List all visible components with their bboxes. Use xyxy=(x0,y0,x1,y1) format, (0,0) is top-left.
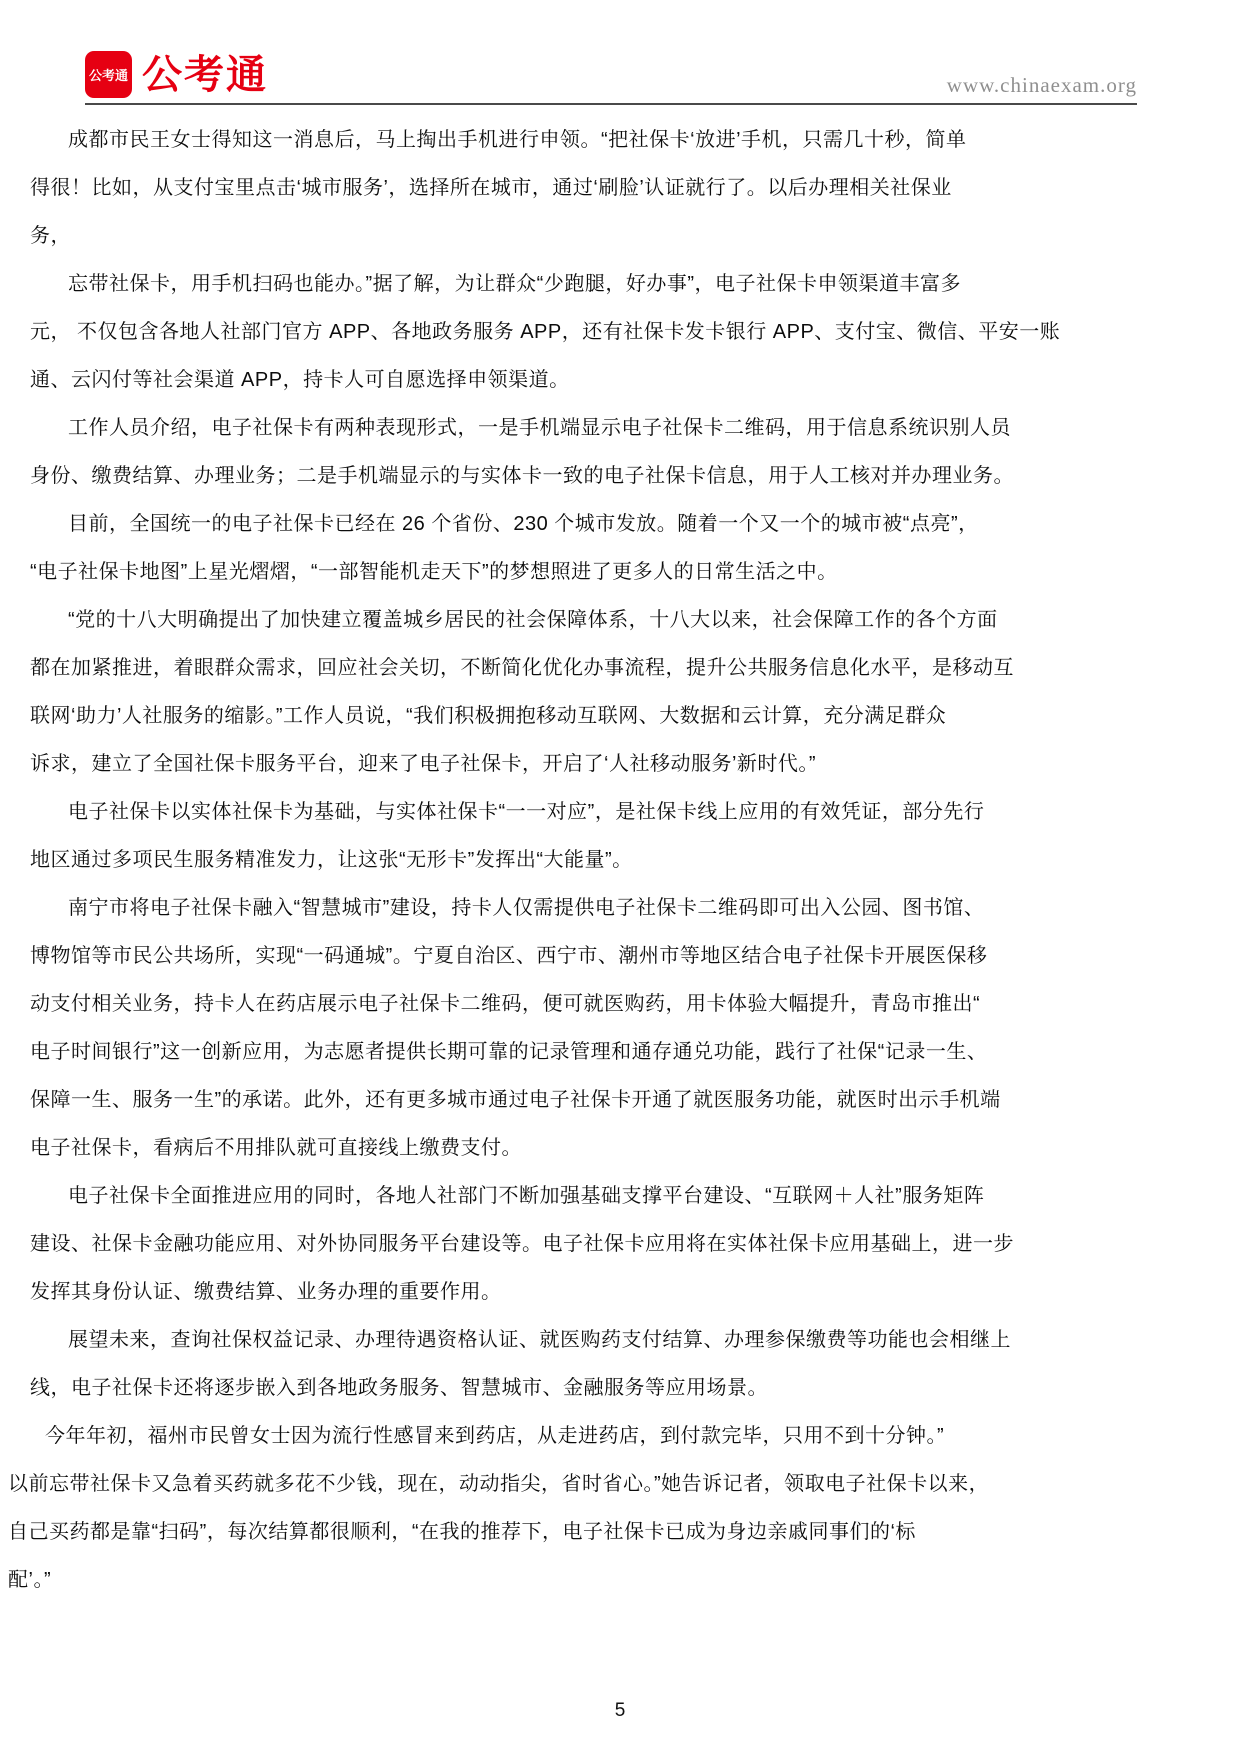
paragraph-line: 建设、社保卡金融功能应用、对外协同服务平台建设等。电子社保卡应用将在实体社保卡应… xyxy=(30,1220,1240,1268)
document-page: 公考通 公考通 www.chinaexam.org 成都市民王女士得知这一消息后… xyxy=(0,0,1240,1754)
paragraph: 今年年初，福州市民曾女士因为流行性感冒来到药店，从走进药店，到付款完毕，只用不到… xyxy=(8,1412,1240,1604)
paragraph-line: 自己买药都是靠“扫码”，每次结算都很顺利，“在我的推荐下，电子社保卡已成为身边亲… xyxy=(8,1508,1240,1556)
paragraph-line: 目前，全国统一的电子社保卡已经在 26 个省份、230 个城市发放。随着一个又一… xyxy=(30,500,1240,548)
paragraph: 忘带社保卡，用手机扫码也能办。”据了解，为让群众“少跑腿，好办事”，电子社保卡申… xyxy=(30,260,1240,404)
paragraph: 工作人员介绍，电子社保卡有两种表现形式，一是手机端显示电子社保卡二维码，用于信息… xyxy=(30,404,1240,500)
paragraph-line: 发挥其身份认证、缴费结算、业务办理的重要作用。 xyxy=(30,1268,1240,1316)
paragraph: “党的十八大明确提出了加快建立覆盖城乡居民的社会保障体系，十八大以来，社会保障工… xyxy=(30,596,1240,788)
paragraph-line: 工作人员介绍，电子社保卡有两种表现形式，一是手机端显示电子社保卡二维码，用于信息… xyxy=(30,404,1240,452)
paragraph-line: 线，电子社保卡还将逐步嵌入到各地政务服务、智慧城市、金融服务等应用场景。 xyxy=(30,1364,1240,1412)
paragraph-line: 通、云闪付等社会渠道 APP，持卡人可自愿选择申领渠道。 xyxy=(30,356,1240,404)
paragraph-line: 身份、缴费结算、办理业务；二是手机端显示的与实体卡一致的电子社保卡信息，用于人工… xyxy=(30,452,1240,500)
paragraph-line: 地区通过多项民生服务精准发力，让这张“无形卡”发挥出“大能量”。 xyxy=(30,836,1240,884)
paragraph: 目前，全国统一的电子社保卡已经在 26 个省份、230 个城市发放。随着一个又一… xyxy=(30,500,1240,596)
paragraph-line: 展望未来，查询社保权益记录、办理待遇资格认证、就医购药支付结算、办理参保缴费等功… xyxy=(30,1316,1240,1364)
paragraph: 展望未来，查询社保权益记录、办理待遇资格认证、就医购药支付结算、办理参保缴费等功… xyxy=(30,1316,1240,1412)
brand-logo: 公考通 公考通 xyxy=(85,51,268,98)
paragraph-line: 保障一生、服务一生”的承诺。此外，还有更多城市通过电子社保卡开通了就医服务功能，… xyxy=(30,1076,1240,1124)
paragraph-line: 元， 不仅包含各地人社部门官方 APP、各地政务服务 APP，还有社保卡发卡银行… xyxy=(30,308,1240,356)
paragraph: 电子社保卡全面推进应用的同时，各地人社部门不断加强基础支撑平台建设、“互联网＋人… xyxy=(30,1172,1240,1316)
gongkaotong-logo-icon: 公考通 xyxy=(85,51,132,98)
paragraph-line: 联网‘助力’人社服务的缩影。”工作人员说，“我们积极拥抱移动互联网、大数据和云计… xyxy=(30,692,1240,740)
paragraph-line: 诉求，建立了全国社保卡服务平台，迎来了电子社保卡，开启了‘人社移动服务’新时代。… xyxy=(30,740,1240,788)
paragraph: 电子社保卡以实体社保卡为基础，与实体社保卡“一一对应”，是社保卡线上应用的有效凭… xyxy=(30,788,1240,884)
paragraph-line: 电子时间银行”这一创新应用，为志愿者提供长期可靠的记录管理和通存通兑功能，践行了… xyxy=(30,1028,1240,1076)
paragraph-line: 务， xyxy=(30,212,1240,260)
paragraph: 成都市民王女士得知这一消息后，马上掏出手机进行申领。“把社保卡‘放进’手机，只需… xyxy=(30,116,1240,260)
paragraph-line: 博物馆等市民公共场所，实现“一码通城”。宁夏自治区、西宁市、潮州市等地区结合电子… xyxy=(30,932,1240,980)
paragraph-line: 今年年初，福州市民曾女士因为流行性感冒来到药店，从走进药店，到付款完毕，只用不到… xyxy=(8,1412,1240,1460)
paragraph-line: 电子社保卡全面推进应用的同时，各地人社部门不断加强基础支撑平台建设、“互联网＋人… xyxy=(30,1172,1240,1220)
paragraph-line: 动支付相关业务，持卡人在药店展示电子社保卡二维码，便可就医购药，用卡体验大幅提升… xyxy=(30,980,1240,1028)
paragraph-line: 以前忘带社保卡又急着买药就多花不少钱，现在，动动指尖，省时省心。”她告诉记者，领… xyxy=(8,1460,1240,1508)
paragraph-line: 得很！比如，从支付宝里点击‘城市服务’，选择所在城市，通过‘刷脸’认证就行了。以… xyxy=(30,164,1240,212)
paragraph-line: 南宁市将电子社保卡融入“智慧城市”建设，持卡人仅需提供电子社保卡二维码即可出入公… xyxy=(30,884,1240,932)
document-body: 成都市民王女士得知这一消息后，马上掏出手机进行申领。“把社保卡‘放进’手机，只需… xyxy=(0,116,1240,1604)
gongkaotong-logo-text: 公考通 xyxy=(142,55,268,95)
paragraph-line: 忘带社保卡，用手机扫码也能办。”据了解，为让群众“少跑腿，好办事”，电子社保卡申… xyxy=(30,260,1240,308)
paragraph-line: “党的十八大明确提出了加快建立覆盖城乡居民的社会保障体系，十八大以来，社会保障工… xyxy=(30,596,1240,644)
paragraph-line: 都在加紧推进，着眼群众需求，回应社会关切，不断简化优化办事流程，提升公共服务信息… xyxy=(30,644,1240,692)
paragraph: 南宁市将电子社保卡融入“智慧城市”建设，持卡人仅需提供电子社保卡二维码即可出入公… xyxy=(30,884,1240,1172)
paragraph-line: 配’。” xyxy=(8,1556,1240,1604)
paragraph-line: 成都市民王女士得知这一消息后，马上掏出手机进行申领。“把社保卡‘放进’手机，只需… xyxy=(30,116,1240,164)
paragraph-line: 电子社保卡以实体社保卡为基础，与实体社保卡“一一对应”，是社保卡线上应用的有效凭… xyxy=(30,788,1240,836)
paragraph-line: 电子社保卡，看病后不用排队就可直接线上缴费支付。 xyxy=(30,1124,1240,1172)
website-url: www.chinaexam.org xyxy=(947,75,1137,98)
paragraph-line: “电子社保卡地图”上星光熠熠，“一部智能机走天下”的梦想照进了更多人的日常生活之… xyxy=(30,548,1240,596)
page-number: 5 xyxy=(0,1700,1240,1722)
header-divider xyxy=(85,103,1137,105)
page-header: 公考通 公考通 www.chinaexam.org xyxy=(85,42,1137,98)
